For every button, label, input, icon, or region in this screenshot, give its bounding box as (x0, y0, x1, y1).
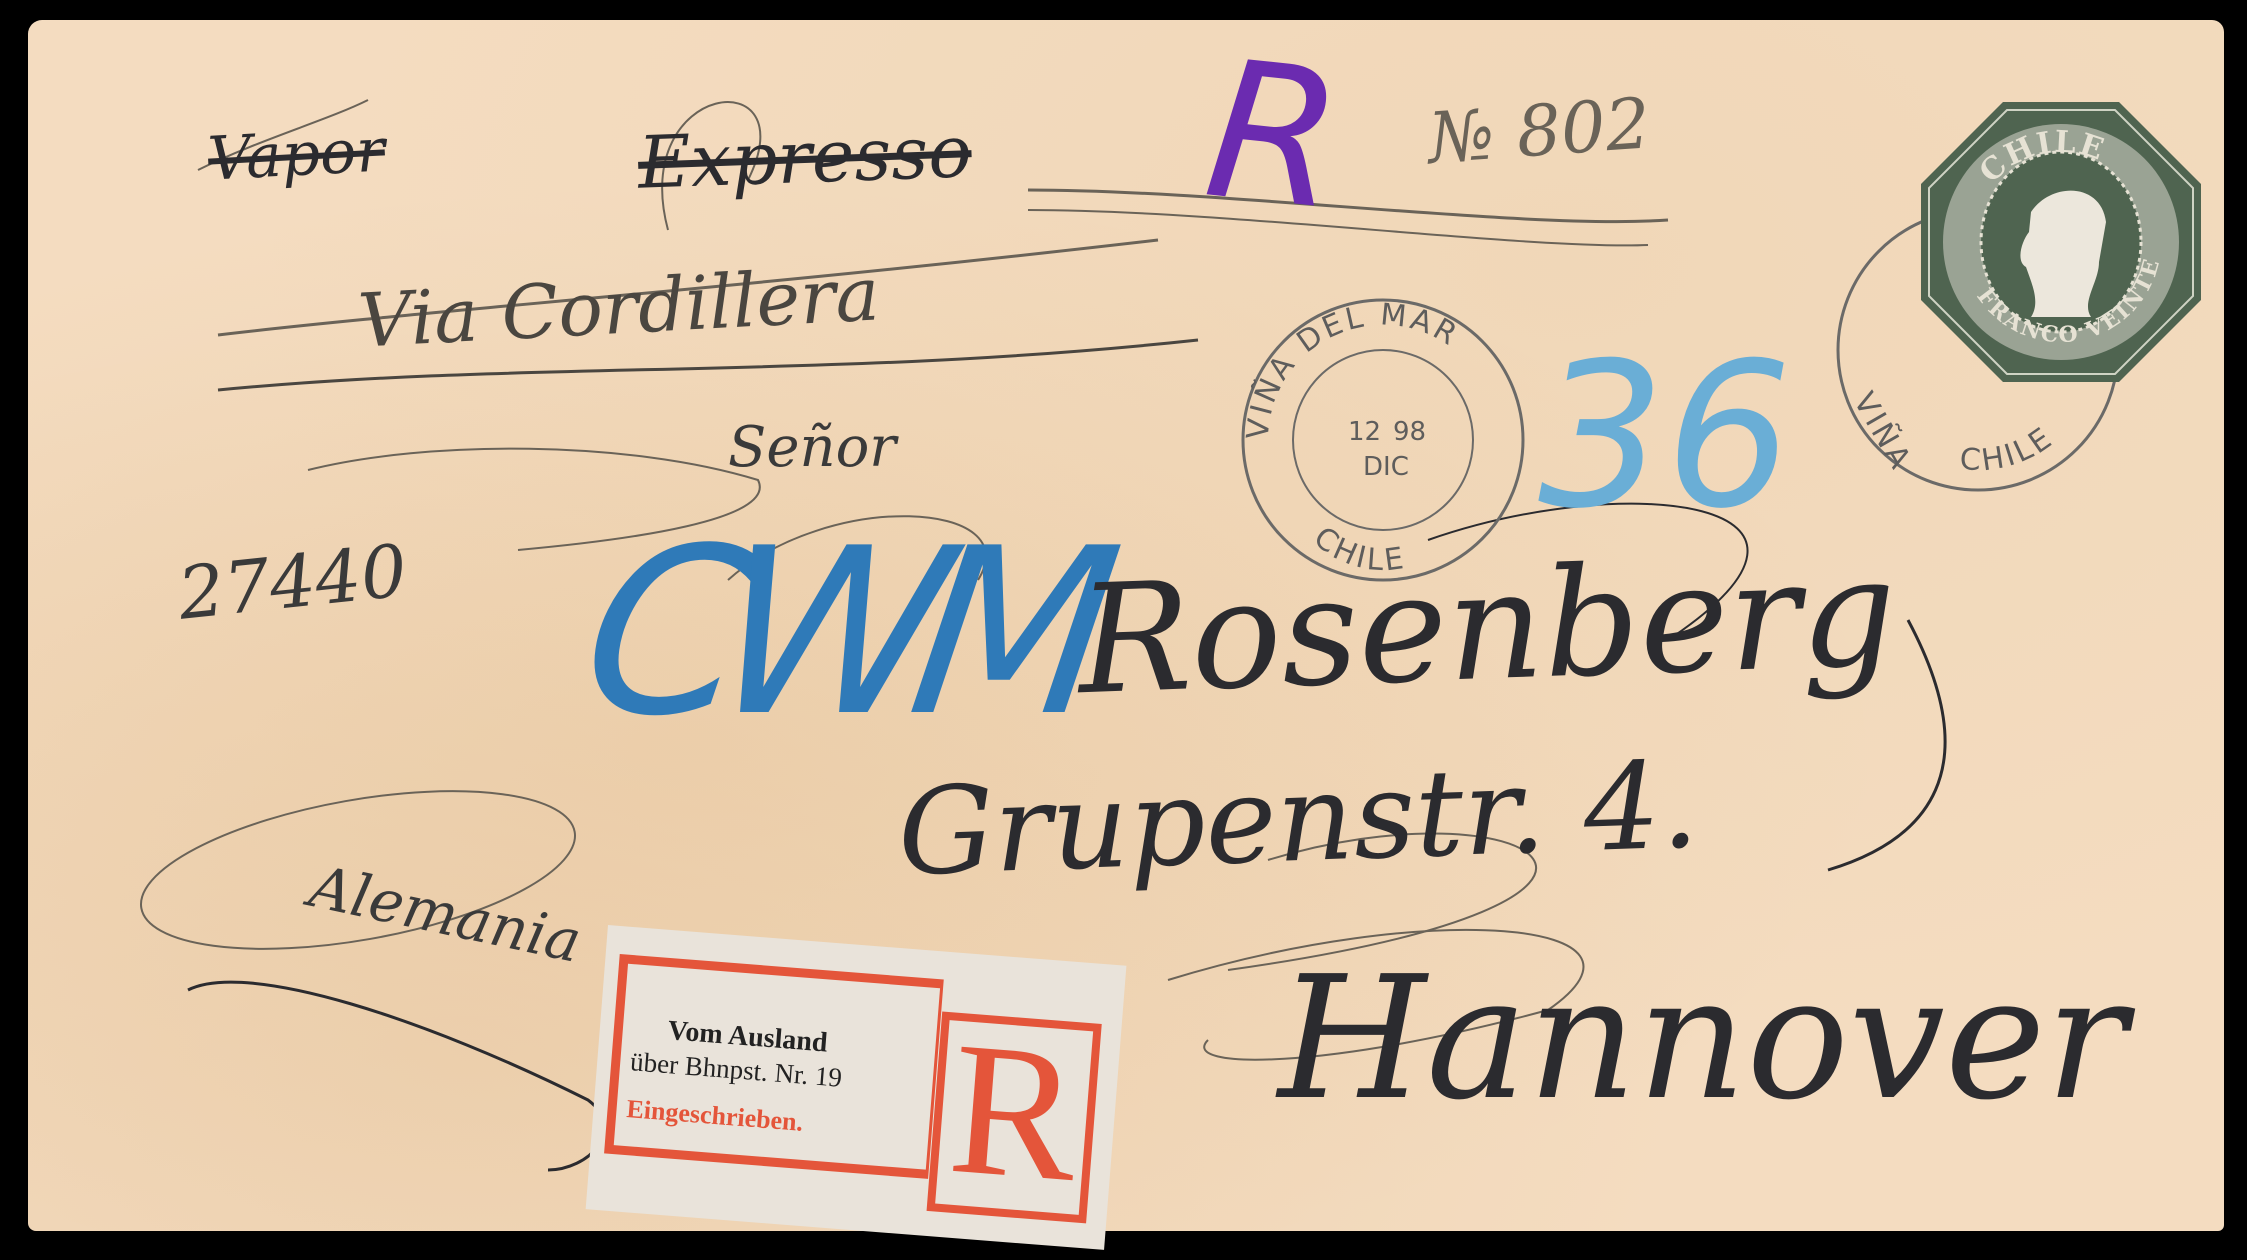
svg-text:DIC: DIC (1363, 452, 1409, 482)
vina-del-mar-postmark: VIÑA DEL MAR CHILE 12 DIC 98 CHILE VIÑA (28, 20, 2224, 1231)
envelope: Vapor Expresso R № 802 Via Cordillera Se… (28, 20, 2224, 1231)
svg-text:VIÑA: VIÑA (1846, 386, 1919, 477)
registration-label: Vom Ausland über Bhnpst. Nr. 19 Eingesch… (586, 925, 1127, 1250)
svg-text:CHILE: CHILE (1959, 420, 2061, 479)
registration-label-text-panel: Vom Ausland über Bhnpst. Nr. 19 Eingesch… (604, 954, 944, 1179)
chile-stamp: CHILE FRANCO VEINTE (1921, 102, 2201, 382)
svg-text:98: 98 (1393, 417, 1426, 447)
label-line-eingeschrieben: Eingeschrieben. (625, 1094, 804, 1138)
registration-r-letter: R (944, 1013, 1085, 1212)
registration-r-box: R (927, 1011, 1102, 1223)
svg-text:12: 12 (1348, 417, 1381, 447)
